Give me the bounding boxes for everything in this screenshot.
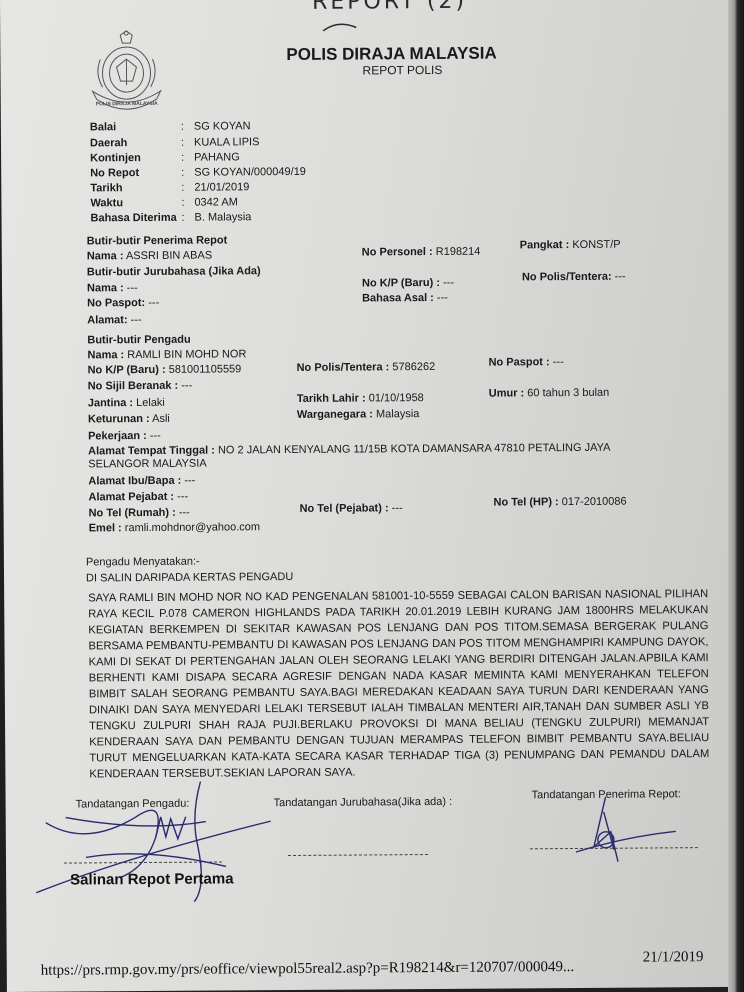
report-info-value: SG KOYAN [194,120,251,132]
report-info-colon: : [181,137,184,149]
complainant-email: Emel : ramli.mohdnor@yahoo.com [89,521,260,534]
report-info-value: SG KOYAN/000049/19 [194,166,306,179]
complainant-section-title: Butir-butir Pengadu [87,334,190,347]
interpreter-signature-label: Tandatangan Jurubahasa(Jika ada) : [274,796,453,809]
receiver-personnel: No Personel : R198214 [362,246,481,259]
complainant-dob: Tarikh Lahir : 01/10/1958 [297,392,424,405]
interpreter-address: Alamat: --- [87,314,141,326]
report-info-row: Balai [90,121,116,133]
police-emblem-icon: POLIS DIRAJA MALAYSIA [86,29,167,114]
interpreter-kp: No K/P (Baru) : --- [362,277,454,290]
report-info-colon: : [181,212,184,224]
report-info-colon: : [181,167,184,179]
complainant-name: Nama : RAMLI BIN MOHD NOR [87,348,246,361]
complainant-gender: Jantina : Lelaki [88,397,165,410]
report-paper: REPORT (2) POLIS DIRAJA MALAYSIA POLIS D… [0,0,735,992]
svg-text:POLIS DIRAJA MALAYSIA: POLIS DIRAJA MALAYSIA [96,101,158,107]
print-url: https://prs.rmp.gov.my/prs/eoffice/viewp… [41,959,575,980]
complainant-kp: No K/P (Baru) : 581001105559 [88,363,242,376]
page-subtitle: REPOT POLIS [362,63,442,78]
report-info-label: Bahasa Diterima [90,212,176,225]
report-info-row: Waktu [90,197,123,209]
copy-label: Salinan Repot Pertama [70,870,234,888]
report-info-row: No Repot [90,167,139,179]
complainant-polis: No Polis/Tentera : 5786262 [297,361,436,374]
interpreter-name: Nama : --- [87,282,138,294]
handwritten-note: REPORT (2) [312,0,467,15]
report-info-label: Balai [90,121,116,133]
print-date: 21/1/2019 [643,949,704,966]
report-info-label: Tarikh [90,182,122,194]
report-info-colon: : [181,182,184,194]
report-info-label: No Repot [90,167,139,179]
complainant-tel-office: No Tel (Pejabat) : --- [300,502,403,515]
background-edge [728,0,744,992]
statement-heading: Pengadu Menyatakan:- [86,556,200,569]
interpreter-section-title: Butir-butir Jurubahasa (Jika Ada) [87,265,261,278]
complainant-address: Alamat Tempat Tinggal : NO 2 JALAN KENYA… [88,442,610,458]
interpreter-signature-line [288,854,428,856]
report-info-row: Bahasa Diterima [90,212,176,225]
interpreter-language: Bahasa Asal : --- [362,292,448,305]
report-info-row: Tarikh [90,182,122,194]
complainant-tel-hp: No Tel (HP) : 017-2010086 [493,496,626,509]
receiver-name: Nama : ASSRI BIN ABAS [87,250,212,263]
statement-body: SAYA RAMLI BIN MOHD NOR NO KAD PENGENALA… [88,586,709,782]
report-info-label: Waktu [90,197,123,209]
complainant-signature [25,776,286,908]
complainant-passport: No Paspot : --- [489,356,564,369]
report-info-row: Kontinjen [90,152,141,164]
complainant-address-line2: SELANGOR MALAYSIA [88,458,206,471]
report-info-label: Kontinjen [90,152,141,164]
report-info-label: Daerah [90,137,127,149]
report-info-colon: : [181,197,184,209]
report-info-value: B. Malaysia [194,211,251,223]
complainant-birth-cert: No Sijil Beranak : --- [88,380,193,393]
receiver-signature [566,791,687,872]
complainant-parent-address: Alamat Ibu/Bapa : --- [88,475,195,488]
report-info-value: 0342 AM [194,196,238,208]
receiver-section-title: Butir-butir Penerima Repot [87,234,228,247]
report-info-value: KUALA LIPIS [194,136,260,148]
report-info-colon: : [181,152,184,164]
complainant-age: Umur : 60 tahun 3 bulan [489,387,610,400]
interpreter-polis: No Polis/Tentera: --- [522,271,626,284]
complainant-citizenship: Warganegara : Malaysia [297,408,420,421]
receiver-rank: Pangkat : KONST/P [520,239,621,252]
report-info-value: 21/01/2019 [194,181,249,193]
report-info-row: Daerah [90,137,127,149]
complainant-ethnicity: Keturunan : Asli [88,413,170,426]
complainant-occupation: Pekerjaan : --- [88,430,161,443]
page-title: POLIS DIRAJA MALAYSIA [286,44,496,65]
report-info-value: PAHANG [194,151,240,163]
report-info-colon: : [181,121,184,133]
complainant-office-address: Alamat Pejabat : --- [88,491,188,504]
interpreter-passport: No Paspot: --- [87,297,159,310]
handwritten-arc [320,19,360,33]
complainant-tel-home: No Tel (Rumah) : --- [89,507,190,520]
statement-note: DI SALIN DARIPADA KERTAS PENGADU [86,571,293,584]
